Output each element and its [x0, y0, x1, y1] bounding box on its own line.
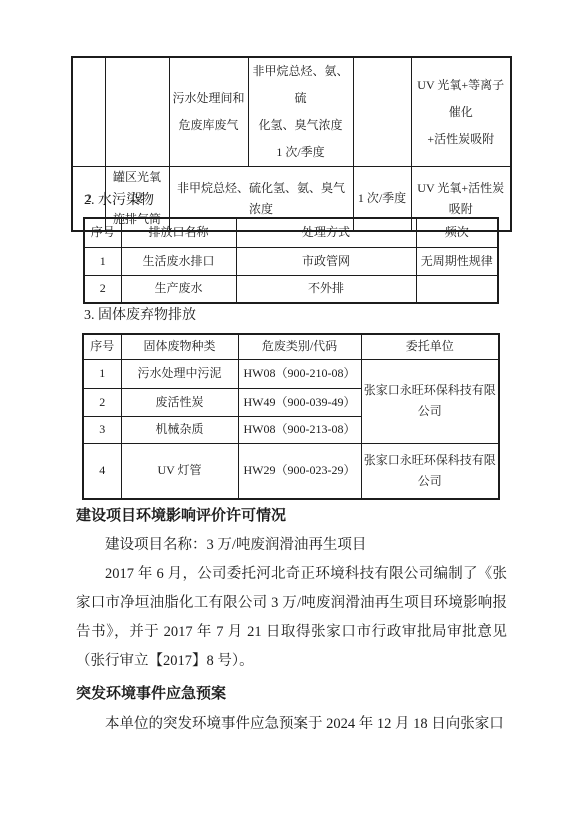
- cell-serial: 3: [83, 416, 121, 443]
- water-table-header-row: 序号 排放口名称 处理方式 频次: [84, 218, 498, 247]
- eia-approval-paragraph: 2017 年 6 月，公司委托河北奇正环境科技有限公司编制了《张家口市净垣油脂化…: [76, 560, 507, 676]
- solid-table-header-row: 序号 固体废物种类 危废类别/代码 委托单位: [83, 334, 499, 359]
- cell-waste-code: HW08（900-210-08）: [238, 359, 361, 388]
- cell-serial: 1: [83, 359, 121, 388]
- water-table-row: 1 生活废水排口 市政管网 无周期性规律: [84, 247, 498, 275]
- cell-waste-type: 污水处理中污泥: [121, 359, 238, 388]
- header-serial: 序号: [83, 334, 121, 359]
- cell-frequency: [353, 57, 411, 167]
- cell-waste-code: HW08（900-213-08）: [238, 416, 361, 443]
- cell-treatment: 不外排: [236, 275, 416, 303]
- eia-section-heading: 建设项目环境影响评价许可情况: [76, 507, 286, 526]
- water-table-row: 2 生产废水 不外排: [84, 275, 498, 303]
- cell-entrusted-unit: 张家口永旺环保科技有限 公司: [361, 359, 499, 443]
- cell-pollutants: 非甲烷总烃、氨、硫 化氢、臭气浓度 1 次/季度: [248, 57, 353, 167]
- header-waste-code: 危废类别/代码: [238, 334, 361, 359]
- emergency-section-heading: 突发环境事件应急预案: [76, 685, 226, 704]
- cell-waste-type: 机械杂质: [121, 416, 238, 443]
- header-frequency: 频次: [416, 218, 498, 247]
- header-outlet-name: 排放口名称: [121, 218, 236, 247]
- document-page: 污水处理间和 危废库废气 非甲烷总烃、氨、硫 化氢、臭气浓度 1 次/季度 UV…: [0, 0, 582, 813]
- cell-serial: 2: [84, 275, 121, 303]
- cell-waste-code: HW49（900-039-49）: [238, 388, 361, 416]
- header-waste-type: 固体废物种类: [121, 334, 238, 359]
- cell-serial: 2: [83, 388, 121, 416]
- eia-section-body: 建设项目名称：3 万/吨废润滑油再生项目 2017 年 6 月，公司委托河北奇正…: [76, 531, 507, 676]
- solid-waste-section-heading: 3. 固体废弃物排放: [84, 308, 196, 324]
- solid-waste-table: 序号 固体废物种类 危废类别/代码 委托单位 1 污水处理中污泥 HW08（90…: [82, 333, 500, 500]
- header-entrusted-unit: 委托单位: [361, 334, 499, 359]
- header-serial: 序号: [84, 218, 121, 247]
- cell-source: 污水处理间和 危废库废气: [169, 57, 248, 167]
- cell-treatment: 市政管网: [236, 247, 416, 275]
- cell-waste-code: HW29（900-023-29）: [238, 443, 361, 499]
- cell-waste-type: 废活性炭: [121, 388, 238, 416]
- cell-frequency: [416, 275, 498, 303]
- cell-serial: [72, 57, 105, 167]
- emergency-plan-paragraph: 本单位的突发环境事件应急预案于 2024 年 12 月 18 日向张家口: [76, 710, 507, 739]
- cell-serial: 4: [83, 443, 121, 499]
- exhaust-table-row: 污水处理间和 危废库废气 非甲烷总烃、氨、硫 化氢、臭气浓度 1 次/季度 UV…: [72, 57, 511, 167]
- cell-serial: 1: [84, 247, 121, 275]
- cell-waste-type: UV 灯管: [121, 443, 238, 499]
- eia-project-name-paragraph: 建设项目名称：3 万/吨废润滑油再生项目: [76, 531, 507, 560]
- solid-table-row: 1 污水处理中污泥 HW08（900-210-08） 张家口永旺环保科技有限 公…: [83, 359, 499, 388]
- water-section-heading: 2. 水污染物: [84, 193, 154, 209]
- solid-table-row: 4 UV 灯管 HW29（900-023-29） 张家口永旺环保科技有限 公司: [83, 443, 499, 499]
- water-pollutant-table: 序号 排放口名称 处理方式 频次 1 生活废水排口 市政管网 无周期性规律 2 …: [83, 217, 499, 304]
- cell-outlet: [105, 57, 169, 167]
- cell-entrusted-unit: 张家口永旺环保科技有限 公司: [361, 443, 499, 499]
- cell-outlet-name: 生活废水排口: [121, 247, 236, 275]
- cell-frequency: 无周期性规律: [416, 247, 498, 275]
- emergency-section-body: 本单位的突发环境事件应急预案于 2024 年 12 月 18 日向张家口: [76, 710, 507, 739]
- cell-outlet-name: 生产废水: [121, 275, 236, 303]
- cell-treatment: UV 光氧+等离子催化 +活性炭吸附: [411, 57, 511, 167]
- header-treatment: 处理方式: [236, 218, 416, 247]
